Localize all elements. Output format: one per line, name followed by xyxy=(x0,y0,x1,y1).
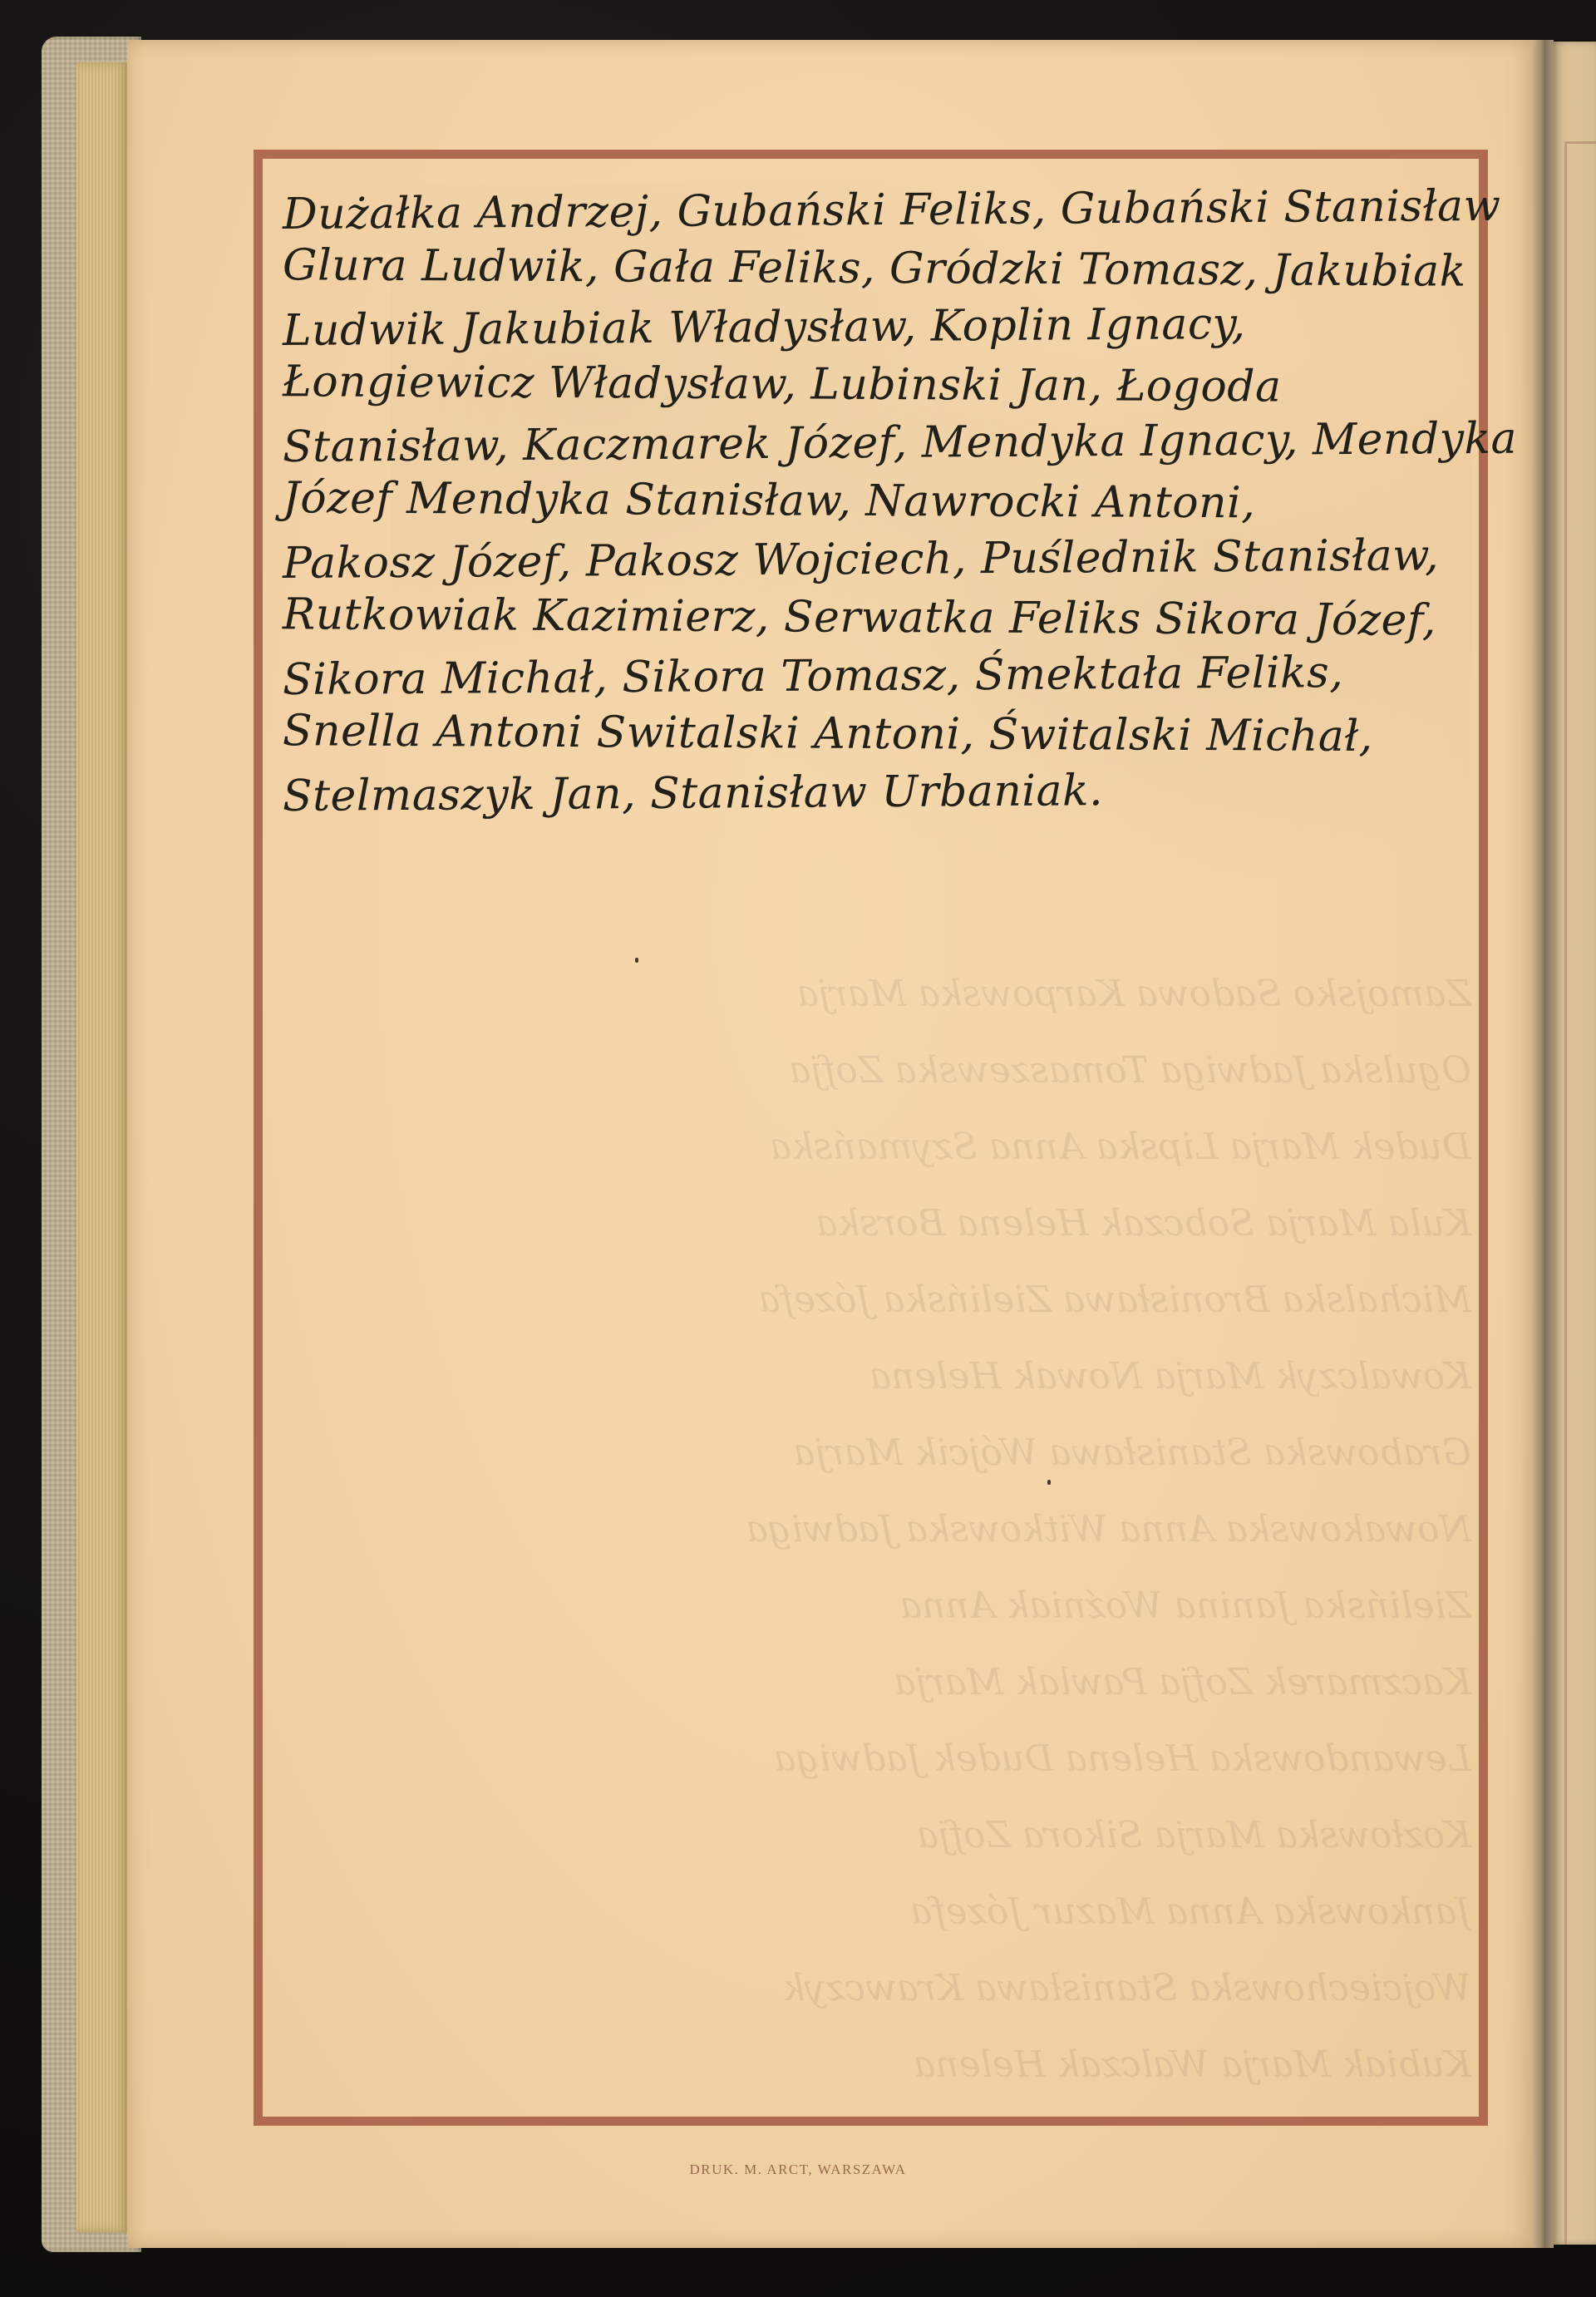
facing-page-frame xyxy=(1564,141,1596,2245)
name-line: Józef Mendyka Stanisław, Nawrocki Antoni… xyxy=(283,469,1480,534)
name-line: Sikora Michał, Sikora Tomasz, Śmektała F… xyxy=(283,643,1480,709)
name-line: Stanisław, Kaczmarek Józef, Mendyka Igna… xyxy=(283,410,1480,476)
facing-page-edge xyxy=(1553,42,1596,2245)
name-line: Glura Ludwik, Gała Feliks, Gródzki Tomas… xyxy=(283,236,1480,301)
ink-speck xyxy=(635,958,638,963)
book-gutter xyxy=(1532,40,1554,2248)
printer-imprint: DRUK. M. ARCT, WARSZAWA xyxy=(0,2161,1596,2178)
name-line: Łongiewicz Władysław, Lubinski Jan, Łogo… xyxy=(283,352,1480,417)
page-block-edges xyxy=(76,62,128,2232)
name-line: Rutkowiak Kazimierz, Serwatka Feliks Sik… xyxy=(283,585,1480,650)
name-line: Ludwik Jakubiak Władysław, Koplin Ignacy… xyxy=(283,293,1480,360)
name-line: Stelmaszyk Jan, Stanisław Urbaniak. xyxy=(283,759,1480,826)
name-line: Dużałka Andrzej, Gubański Feliks, Gubańs… xyxy=(283,177,1480,244)
handwritten-name-list: Dużałka Andrzej, Gubański Feliks, Gubańs… xyxy=(283,181,1480,821)
scan-scene: Zamojsko Sadowa Karpowska Marja Ogulska … xyxy=(0,0,1596,2297)
name-line: Pakosz Józef, Pakosz Wojciech, Puślednik… xyxy=(283,526,1480,593)
name-line: Snella Antoni Switalski Antoni, Świtalsk… xyxy=(283,702,1480,766)
ink-speck xyxy=(1047,1480,1051,1485)
